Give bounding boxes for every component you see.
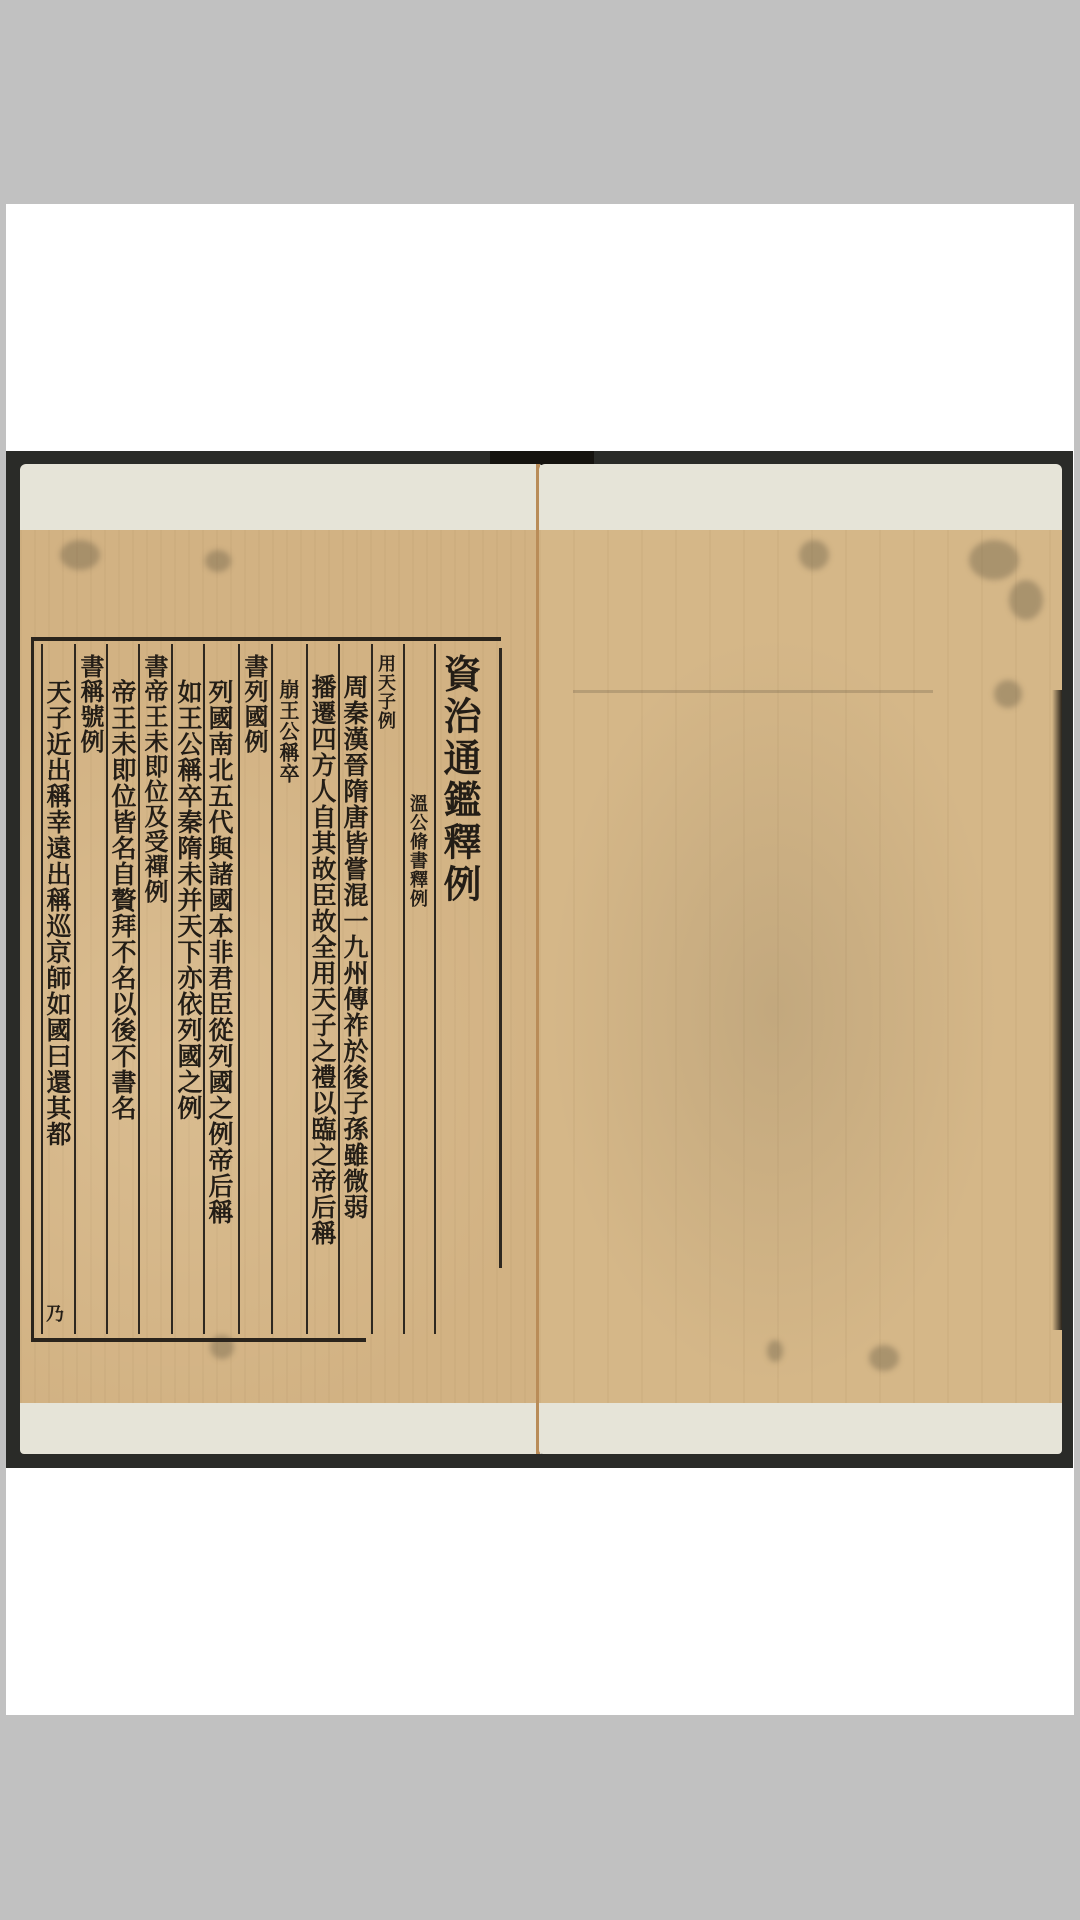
right-page	[539, 464, 1062, 1454]
text-column-9: 帝王未即位皆名自贅拜不名以後不書名	[110, 679, 135, 1121]
section-heading-3: 書稱號例	[78, 654, 102, 754]
folio-mark: 乃	[44, 1304, 62, 1323]
column-rule	[434, 644, 436, 1334]
book-title: 資治通鑑釋例	[440, 654, 478, 906]
text-column-6: 列國南北五代與諸國本非君臣從列國之例帝后稱	[207, 679, 232, 1225]
page-bottom-margin	[20, 1403, 544, 1454]
spine-shadow	[490, 451, 594, 465]
book-subtitle: 溫公脩書釋例	[408, 794, 426, 908]
text-column-1: 用天子例	[376, 654, 394, 730]
text-column-7: 如王公稱卒秦隋未并天下亦依列國之例	[176, 679, 201, 1121]
text-column-11: 天子近出稱幸遠出稱巡京師如國曰還其都	[45, 679, 70, 1147]
section-heading-2: 書帝王未即位及受禪例	[142, 654, 166, 904]
section-heading-1: 書列國例	[242, 654, 266, 754]
stain	[869, 1345, 899, 1371]
column-rule	[371, 644, 373, 1334]
book-photo: 資治通鑑釋例 溫公脩書釋例 用天子例 周秦漢晉隋唐皆嘗混一九州傳祚於後子孫雖微弱…	[6, 451, 1073, 1468]
column-rule	[171, 644, 173, 1334]
right-page-paper	[539, 530, 1062, 1403]
printed-border-bottom	[31, 1338, 366, 1342]
text-column-3: 播遷四方人自其故臣故全用天子之禮以臨之帝后稱	[310, 674, 335, 1246]
printed-border-left	[31, 637, 34, 1340]
left-page: 資治通鑑釋例 溫公脩書釋例 用天子例 周秦漢晉隋唐皆嘗混一九州傳祚於後子孫雖微弱…	[20, 464, 544, 1454]
page-top-margin	[20, 464, 544, 530]
page-top-margin	[539, 464, 1062, 530]
page-bottom-margin	[539, 1403, 1062, 1454]
printed-border-top	[31, 637, 501, 641]
text-column-4: 崩王公稱卒	[278, 679, 298, 784]
column-rule	[403, 644, 405, 1334]
stain	[799, 540, 829, 570]
text-column-2: 周秦漢晉隋唐皆嘗混一九州傳祚於後子孫雖微弱	[342, 674, 367, 1220]
stain	[969, 540, 1019, 580]
stain	[1009, 580, 1043, 620]
stain	[205, 550, 231, 572]
show-through-border	[573, 690, 933, 693]
column-rule	[271, 644, 273, 1334]
stain	[767, 1340, 783, 1362]
stain	[60, 540, 100, 570]
column-rule	[499, 648, 502, 1268]
page-edge-shadow	[1052, 690, 1062, 1330]
stain	[994, 680, 1022, 708]
